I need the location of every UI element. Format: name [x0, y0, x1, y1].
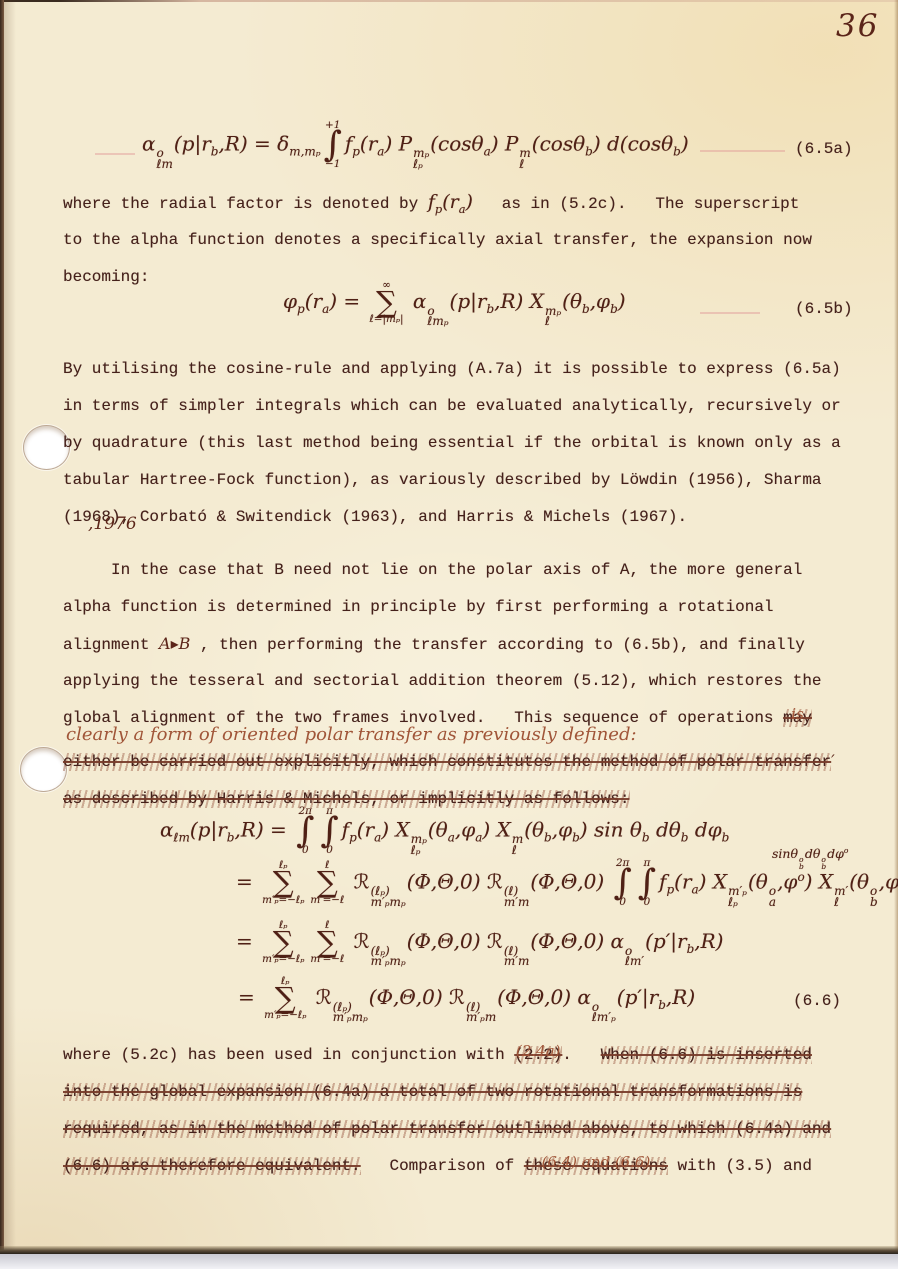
scan-artifact-line: [95, 153, 135, 155]
equation-6-6-line-2: = ℓₚ∑m′ₚ=−ℓₚℓ∑m′=−ℓ ℛ(ℓₚ)m′ₚmₚ(Φ,Θ,0) ℛ(…: [236, 858, 898, 908]
handwritten-text: ′: [831, 751, 835, 770]
typed-text: .: [562, 1046, 600, 1064]
text-line: in terms of simpler integrals which can …: [63, 387, 841, 424]
text-line: alignment A▸B , then performing the tran…: [63, 625, 822, 662]
text-line: (6.6) are therefore equivalent. Comparis…: [63, 1147, 831, 1184]
text-line: where (5.2c) has been used in conjunctio…: [63, 1036, 831, 1073]
typed-text: with (3.5) and: [668, 1157, 812, 1175]
typed-text: alpha function is determined in principl…: [63, 598, 774, 616]
typed-text: Comparison of: [361, 1157, 524, 1175]
typed-text: tabular Hartree-Fock function), as vario…: [63, 471, 822, 489]
equation-6-6-line-3: = ℓₚ∑m′ₚ=−ℓₚℓ∑m′=−ℓ ℛ(ℓₚ)m′ₚmₚ(Φ,Θ,0) ℛ(…: [236, 920, 723, 967]
typed-text: as in (5.2c). The superscript: [473, 195, 799, 213]
inline-equation: fp(ra): [428, 191, 473, 213]
typed-text: becoming:: [63, 268, 149, 286]
text-line: applying the tesseral and sectorial addi…: [63, 662, 822, 699]
typed-text: applying the tesseral and sectorial addi…: [63, 672, 822, 690]
handwritten-correction: (2.4a): [516, 1044, 561, 1059]
text-line: (1968), Corbató & Switendick (1963), and…: [63, 498, 841, 535]
page-edge-top: [0, 0, 898, 2]
text-line: alpha function is determined in principl…: [63, 588, 822, 625]
annotation-year-1976: ,1976: [88, 514, 137, 534]
typed-text: where the radial factor is denoted by: [63, 195, 428, 213]
equation-label-6-5a: (6.5a): [795, 140, 853, 158]
scan-artifact-line: [700, 312, 760, 314]
corrected-text: (2.4a)(2.2): [514, 1036, 562, 1074]
page-number: 36: [836, 8, 879, 44]
scanner-background: [0, 1254, 898, 1269]
struck-text: (6.6) are therefore equivalent.: [63, 1157, 361, 1175]
typed-text: to the alpha function denotes a specific…: [63, 231, 812, 249]
typed-text: alignment: [63, 636, 159, 654]
hole-punch-bottom: [20, 747, 67, 792]
paragraph-conclusion: where (5.2c) has been used in conjunctio…: [63, 1036, 831, 1184]
text-line: where the radial factor is denoted by fp…: [63, 184, 812, 221]
equation-6-5a: αoℓm(p|rb,R) = δm,mₚ+1∫−1fp(ra) Pmₚℓₚ(co…: [142, 120, 689, 170]
struck-text: either be carried out explicitly, which …: [63, 753, 831, 771]
handwritten-correction: (6.4) and (6.6): [541, 1155, 650, 1170]
text-line: into the global expansion (6.4a) a total…: [63, 1073, 831, 1110]
text-line: By utilising the cosine-rule and applyin…: [63, 350, 841, 387]
equation-6-5b: φp(ra) = ∞∑ℓ=|mₚ| αoℓmₚ(p|rb,R) Xmₚℓ(θb,…: [283, 280, 626, 327]
typed-text: by quadrature (this last method being es…: [63, 434, 841, 452]
text-line: to the alpha function denotes a specific…: [63, 221, 812, 258]
typed-text: in terms of simpler integrals which can …: [63, 397, 841, 415]
equation-6-6-line-4: = ℓₚ∑m′ₚ=−ℓₚ ℛ(ℓₚ)m′ₚmₚ(Φ,Θ,0) ℛ(ℓ)m′ₚm(…: [238, 976, 695, 1023]
handwritten-correction: is: [791, 707, 804, 722]
page-edge-right: [894, 0, 898, 1255]
typed-text: where (5.2c) has been used in conjunctio…: [63, 1046, 514, 1064]
typed-text: (1968), Corbató & Switendick (1963), and…: [63, 508, 687, 526]
text-line: In the case that B need not lie on the p…: [63, 551, 822, 588]
equation-6-6-line-1: αℓm(p|rb,R) = 2π∫0π∫0fp(ra) Xmₚℓₚ(θa,φa)…: [160, 806, 729, 856]
typed-text: By utilising the cosine-rule and applyin…: [63, 360, 841, 378]
text-line: by quadrature (this last method being es…: [63, 424, 841, 461]
paragraph-cosine-rule: By utilising the cosine-rule and applyin…: [63, 350, 841, 535]
equation-label-6-6: (6.6): [793, 992, 841, 1010]
page-edge-bottom: [0, 1246, 898, 1254]
typed-text: , then performing the transfer according…: [190, 636, 805, 654]
struck-text: into the global expansion (6.4a) a total…: [63, 1083, 802, 1101]
handwritten-text: A▸B: [159, 634, 190, 653]
corrected-text: (6.4) and (6.6)these equations: [524, 1147, 668, 1185]
struck-text: required, as in the method of polar tran…: [63, 1120, 831, 1138]
scan-artifact-line: [700, 150, 785, 152]
text-line: required, as in the method of polar tran…: [63, 1110, 831, 1147]
paragraph-radial-factor: where the radial factor is denoted by fp…: [63, 184, 812, 295]
corrected-text: ismay: [783, 699, 812, 737]
equation-label-6-5b: (6.5b): [795, 300, 853, 318]
text-line: tabular Hartree-Fock function), as vario…: [63, 461, 841, 498]
struck-text: When (6.6) is inserted: [601, 1046, 812, 1064]
paragraph-general-alpha: In the case that B need not lie on the p…: [63, 551, 822, 736]
page-edge-left-shadow: [4, 0, 16, 1255]
text-line: either be carried out explicitly, which …: [63, 742, 835, 780]
scanned-page: 36 αoℓm(p|rb,R) = δm,mₚ+1∫−1fp(ra) Pmₚℓₚ…: [0, 0, 898, 1255]
typed-text: In the case that B need not lie on the p…: [63, 561, 802, 579]
